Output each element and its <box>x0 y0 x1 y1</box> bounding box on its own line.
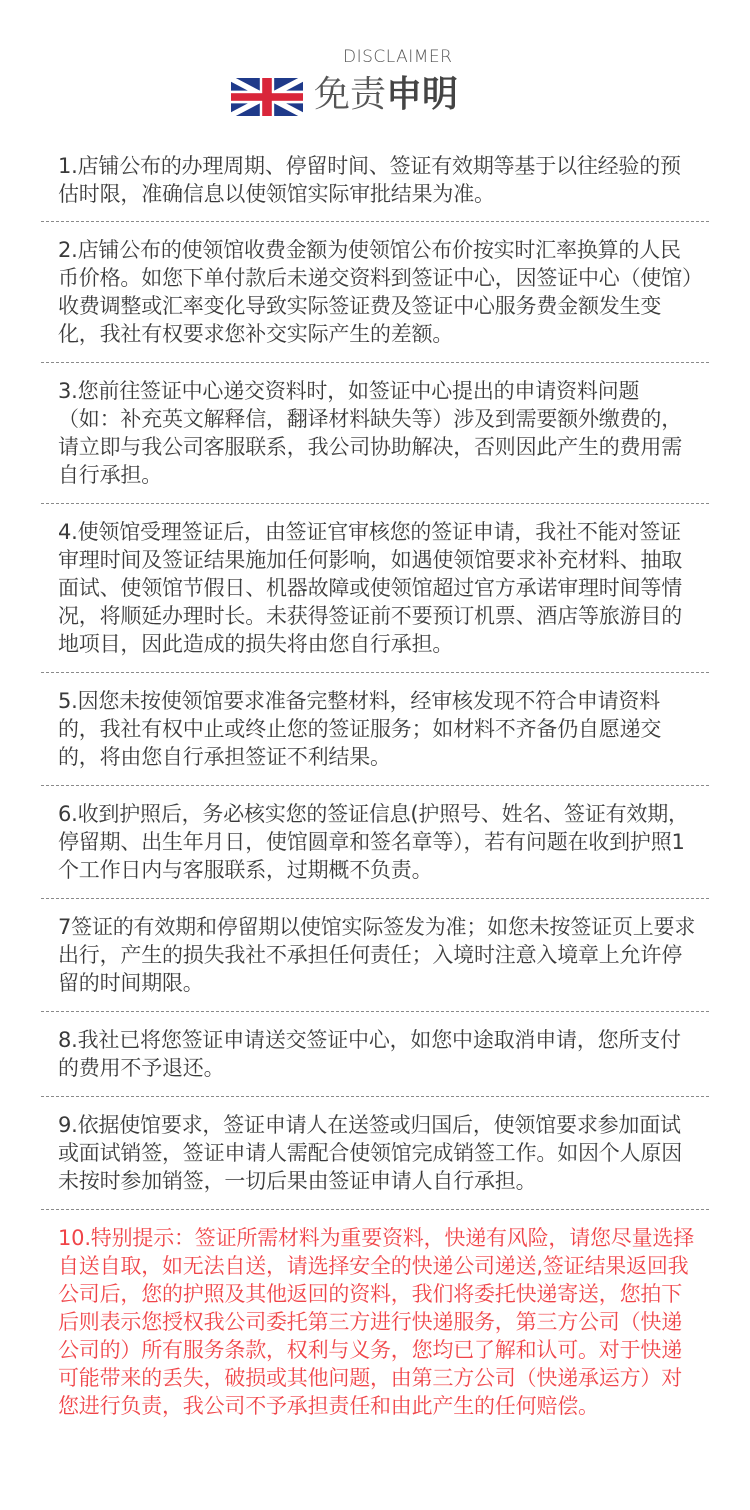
disclaimer-item-text: 1.店铺公布的办理周期、停留时间、签证有效期等基于以往经验的预估时限，准确信息以… <box>58 152 698 208</box>
disclaimer-item-3: 3.您前往签证中心递交资料时，如签证中心提出的申请资料问题（如：补充英文解释信，… <box>41 363 709 503</box>
disclaimer-list: 1.店铺公布的办理周期、停留时间、签证有效期等基于以往经验的预估时限，准确信息以… <box>41 150 709 1434</box>
disclaimer-header: DISCLAIMER 免责申明 <box>0 0 750 130</box>
header-title-en: DISCLAIMER <box>343 47 453 67</box>
disclaimer-item-2: 2.店铺公布的使领馆收费金额为使领馆公布价按实时汇率换算的人民币价格。如您下单付… <box>41 222 709 362</box>
header-title-cn-light: 免责 <box>314 74 386 115</box>
disclaimer-item-6: 6.收到护照后，务必核实您的签证信息(护照号、姓名、签证有效期，停留期、出生年月… <box>41 786 709 898</box>
uk-flag-icon <box>231 78 303 116</box>
disclaimer-item-text: 3.您前往签证中心递交资料时，如签证中心提出的申请资料问题（如：补充英文解释信，… <box>58 377 698 489</box>
disclaimer-item-10-special-notice: 10.特别提示：签证所需材料为重要资料，快递有风险，请您尽量选择自送自取，如无法… <box>41 1210 709 1434</box>
disclaimer-item-9: 9.依据使馆要求，签证申请人在送签或归国后，使领馆要求参加面试或面试销签，签证申… <box>41 1097 709 1209</box>
disclaimer-item-text: 10.特别提示：签证所需材料为重要资料，快递有风险，请您尽量选择自送自取，如无法… <box>58 1224 698 1420</box>
disclaimer-item-text: 2.店铺公布的使领馆收费金额为使领馆公布价按实时汇率换算的人民币价格。如您下单付… <box>58 236 698 348</box>
disclaimer-item-text: 6.收到护照后，务必核实您的签证信息(护照号、姓名、签证有效期，停留期、出生年月… <box>58 800 698 884</box>
disclaimer-item-text: 5.因您未按使领馆要求准备完整材料，经审核发现不符合申请资料的，我社有权中止或终… <box>58 687 698 771</box>
header-title-cn-bold: 申明 <box>386 74 458 115</box>
header-title-cn: 免责申明 <box>314 72 458 118</box>
disclaimer-item-text: 9.依据使馆要求，签证申请人在送签或归国后，使领馆要求参加面试或面试销签，签证申… <box>58 1111 698 1195</box>
disclaimer-item-text: 4.使领馆受理签证后，由签证官审核您的签证申请，我社不能对签证审理时间及签证结果… <box>58 518 698 658</box>
disclaimer-item-5: 5.因您未按使领馆要求准备完整材料，经审核发现不符合申请资料的，我社有权中止或终… <box>41 673 709 785</box>
disclaimer-item-4: 4.使领馆受理签证后，由签证官审核您的签证申请，我社不能对签证审理时间及签证结果… <box>41 504 709 672</box>
disclaimer-item-1: 1.店铺公布的办理周期、停留时间、签证有效期等基于以往经验的预估时限，准确信息以… <box>41 150 709 221</box>
disclaimer-item-8: 8.我社已将您签证申请送交签证中心，如您中途取消申请，您所支付的费用不予退还。 <box>41 1012 709 1096</box>
disclaimer-item-7: 7签证的有效期和停留期以使馆实际签发为准；如您未按签证页上要求出行，产生的损失我… <box>41 899 709 1011</box>
disclaimer-item-text: 8.我社已将您签证申请送交签证中心，如您中途取消申请，您所支付的费用不予退还。 <box>58 1026 698 1082</box>
disclaimer-item-text: 7签证的有效期和停留期以使馆实际签发为准；如您未按签证页上要求出行，产生的损失我… <box>58 913 698 997</box>
